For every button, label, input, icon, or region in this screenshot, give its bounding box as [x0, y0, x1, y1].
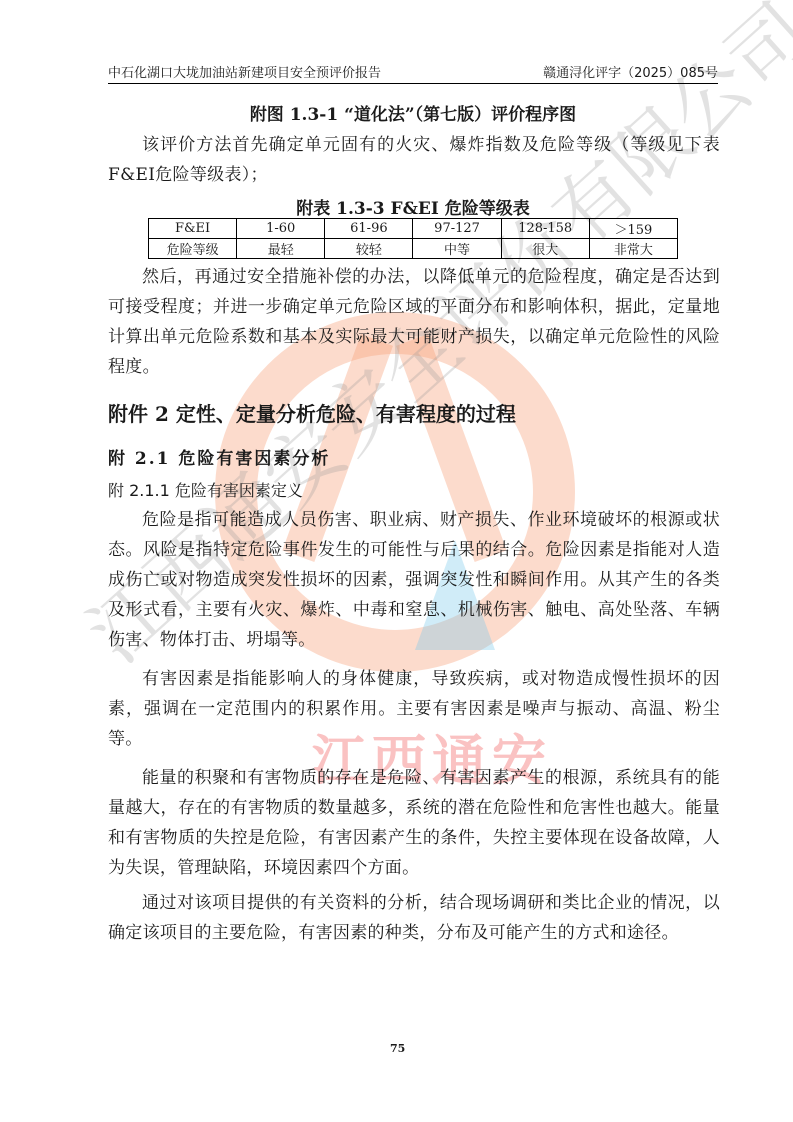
table-cell: 很大: [501, 239, 589, 259]
attachment-heading: 附件 2 定性、定量分析危险、有害程度的过程: [108, 398, 516, 427]
report-number: 赣通浔化评字（2025）085号: [543, 62, 718, 81]
table-title: 附表 1.3-3 F&EI 危险等级表: [148, 194, 678, 219]
table-cell: 1-60: [237, 219, 325, 239]
table-cell: 非常大: [589, 239, 677, 259]
paragraph-danger-definition: 危险是指可能造成人员伤害、职业病、财产损失、作业环境破坏的根源或状态。风险是指特…: [108, 505, 720, 655]
section-heading-2-1: 附 2.1 危险有害因素分析: [108, 444, 330, 469]
table-cell: 97-127: [413, 219, 501, 239]
table-cell: 128-158: [501, 219, 589, 239]
paragraph-safety-measures: 然后，再通过安全措施补偿的办法，以降低单元的危险程度，确定是否达到可接受程度；并…: [108, 262, 720, 382]
table-cell: 危险等级: [149, 239, 237, 259]
section-heading-2-1-1: 附 2.1.1 危险有害因素定义: [108, 478, 303, 501]
table-cell: 最轻: [237, 239, 325, 259]
report-title: 中石化湖口大垅加油站新建项目安全预评价报告: [108, 62, 381, 81]
paragraph-energy: 能量的积聚和有害物质的存在是危险、有害因素产生的根源，系统具有的能量越大，存在的…: [108, 763, 720, 883]
table-row: F&EI 1-60 61-96 97-127 128-158 ＞159: [149, 219, 678, 239]
table-cell: 中等: [413, 239, 501, 259]
paragraph-harm-definition: 有害因素是指能影响人的身体健康，导致疾病，或对物造成慢性损坏的因素，强调在一定范…: [108, 664, 720, 754]
paragraph-analysis: 通过对该项目提供的有关资料的分析，结合现场调研和类比企业的情况，以确定该项目的主…: [108, 888, 720, 948]
figure-title: 附图 1.3-1 “道化法”（第七版）评价程序图: [108, 100, 718, 125]
table-cell: 较轻: [325, 239, 413, 259]
fei-grade-table: F&EI 1-60 61-96 97-127 128-158 ＞159 危险等级…: [148, 218, 678, 259]
document-page: 江西通安安全评价有限公司 江西通安 中石化湖口大垅加油站新建项目安全预评价报告 …: [0, 0, 793, 1122]
paragraph-intro: 该评价方法首先确定单元固有的火灾、爆炸指数及危险等级（等级见下表 F&EI危险等…: [108, 130, 720, 190]
page-header: 中石化湖口大垅加油站新建项目安全预评价报告 赣通浔化评字（2025）085号: [108, 66, 718, 84]
table-row: 危险等级 最轻 较轻 中等 很大 非常大: [149, 239, 678, 259]
table-cell: ＞159: [589, 219, 677, 239]
table-cell: F&EI: [149, 219, 237, 239]
page-number: 75: [390, 1042, 405, 1055]
table-cell: 61-96: [325, 219, 413, 239]
